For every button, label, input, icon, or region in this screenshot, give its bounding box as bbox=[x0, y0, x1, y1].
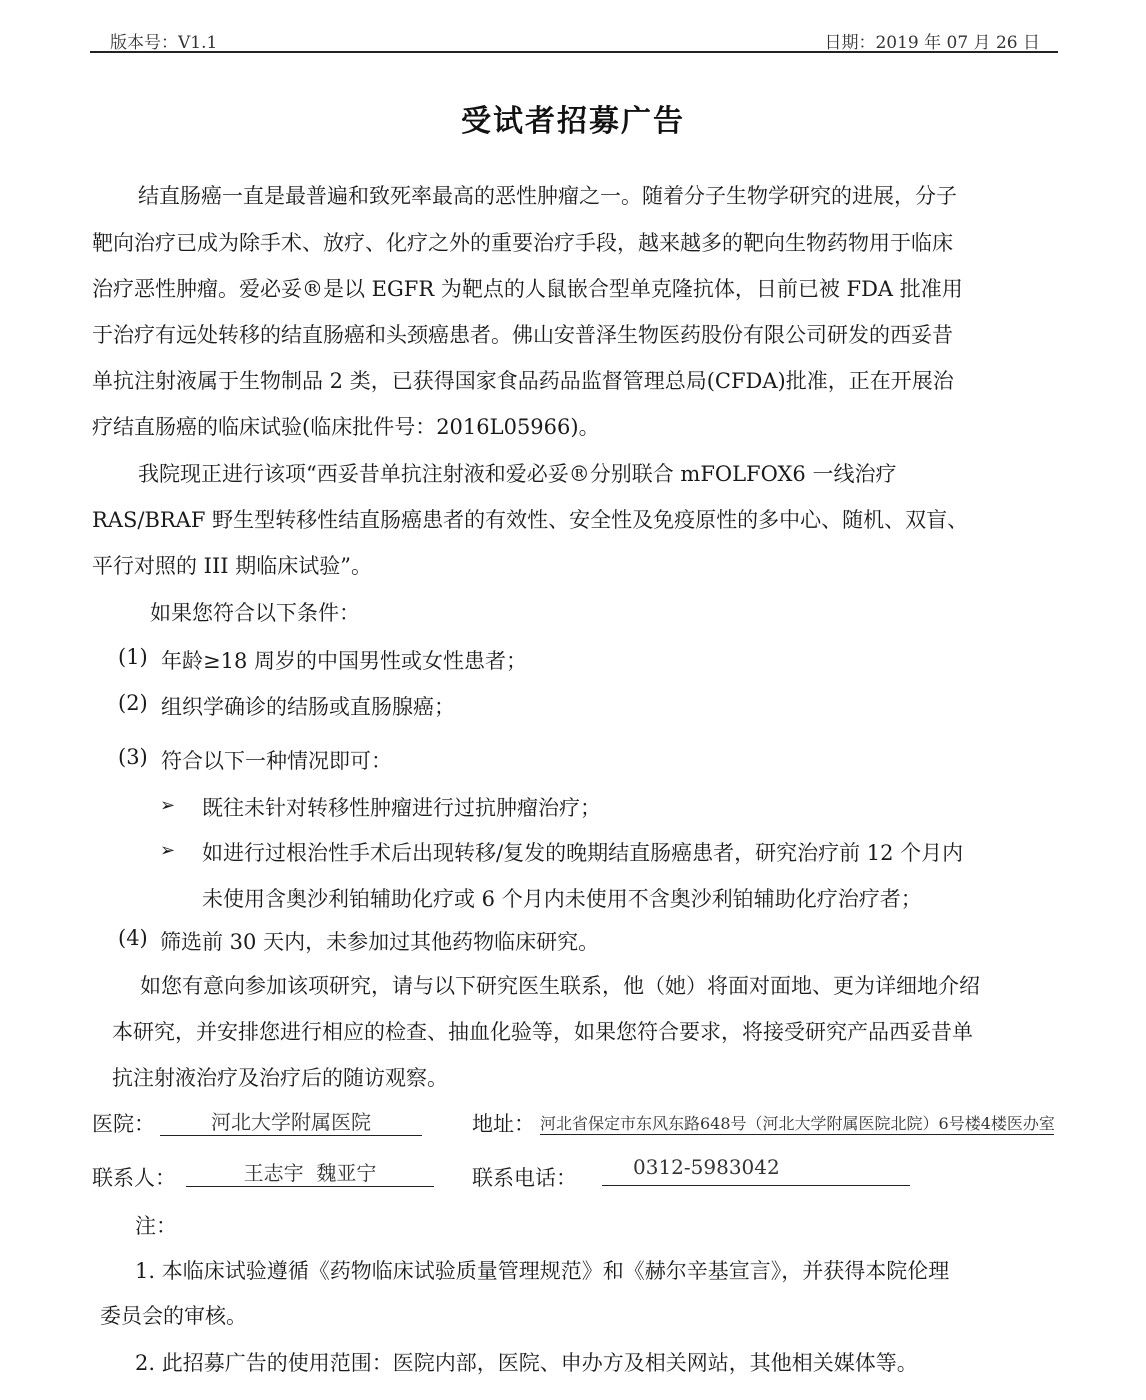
sub-condition-text: 既往未针对转移性肿瘤进行过抗肿瘤治疗； bbox=[202, 792, 601, 822]
date-label: 日期：2019 年 07 月 26 日 bbox=[824, 28, 1040, 53]
intro-line: 疗结直肠癌的临床试验(临床批件号：2016L05966)。 bbox=[92, 411, 600, 441]
hospital-value: 河北大学附属医院 bbox=[160, 1106, 422, 1136]
condition-number: (3) bbox=[118, 745, 148, 769]
intro-line: 靶向治疗已成为除手术、放疗、化疗之外的重要治疗手段，越来越多的靶向生物药物用于临… bbox=[92, 227, 953, 257]
header-divider bbox=[90, 51, 1058, 53]
contact-intro-line: 本研究，并安排您进行相应的检查、抽血化验等，如果您符合要求，将接受研究产品西妥昔… bbox=[112, 1016, 973, 1046]
study-line: 平行对照的 III 期临床试验”。 bbox=[92, 550, 372, 580]
condition-text: 符合以下一种情况即可： bbox=[161, 745, 392, 775]
sub-condition-text: 未使用含奥沙利铂辅助化疗或 6 个月内未使用不含奥沙利铂辅助化疗治疗者； bbox=[202, 883, 922, 913]
contact-person-value: 王志宇 魏亚宁 bbox=[186, 1157, 434, 1187]
sub-condition-text: 如进行过根治性手术后出现转移/复发的晚期结直肠癌患者，研究治疗前 12 个月内 bbox=[202, 837, 963, 867]
note-line: 委员会的审核。 bbox=[100, 1300, 247, 1330]
condition-number: (1) bbox=[118, 645, 148, 669]
condition-text: 筛选前 30 天内，未参加过其他药物临床研究。 bbox=[160, 926, 599, 956]
note-line: 2. 此招募广告的使用范围：医院内部，医院、申办方及相关网站，其他相关媒体等。 bbox=[135, 1347, 918, 1377]
page-title: 受试者招募广告 bbox=[0, 96, 1146, 140]
phone-label: 联系电话： bbox=[472, 1162, 577, 1192]
intro-line: 于治疗有远处转移的结直肠癌和头颈癌患者。佛山安普泽生物医药股份有限公司研发的西妥… bbox=[92, 319, 953, 349]
hospital-label: 医院： bbox=[92, 1108, 155, 1138]
conditions-intro: 如果您符合以下条件： bbox=[150, 597, 360, 627]
intro-line: 单抗注射液属于生物制品 2 类，已获得国家食品药品监督管理总局(CFDA)批准，… bbox=[92, 365, 954, 395]
notes-heading: 注： bbox=[135, 1210, 177, 1240]
address-label: 地址： bbox=[472, 1108, 535, 1138]
phone-value: 0312-5983042 bbox=[633, 1155, 780, 1179]
intro-line: 治疗恶性肿瘤。爱必妥®是以 EGFR 为靶点的人鼠嵌合型单克隆抗体，日前已被 F… bbox=[92, 273, 963, 303]
contact-person-label: 联系人： bbox=[92, 1162, 176, 1192]
phone-underline bbox=[602, 1185, 910, 1186]
arrow-bullet-icon: ➢ bbox=[160, 840, 175, 861]
contact-intro-line: 如您有意向参加该项研究，请与以下研究医生联系，他（她）将面对面地、更为详细地介绍 bbox=[140, 970, 980, 1000]
contact-intro-line: 抗注射液治疗及治疗后的随访观察。 bbox=[112, 1062, 448, 1092]
intro-line: 结直肠癌一直是最普遍和致死率最高的恶性肿瘤之一。随着分子生物学研究的进展，分子 bbox=[138, 180, 957, 210]
study-line: 我院现正进行该项“西妥昔单抗注射液和爱必妥®分别联合 mFOLFOX6 一线治疗 bbox=[138, 458, 896, 488]
condition-number: (4) bbox=[118, 926, 148, 950]
condition-text: 年龄≥18 周岁的中国男性或女性患者； bbox=[161, 645, 527, 675]
version-label: 版本号：V1.1 bbox=[110, 28, 217, 53]
address-value: 河北省保定市东风东路648号（河北大学附属医院北院）6号楼4楼医办室 bbox=[540, 1111, 1054, 1135]
note-line: 1. 本临床试验遵循《药物临床试验质量管理规范》和《赫尔辛基宣言》，并获得本院伦… bbox=[135, 1255, 949, 1285]
condition-number: (2) bbox=[118, 691, 148, 715]
condition-text: 组织学确诊的结肠或直肠腺癌； bbox=[161, 691, 455, 721]
arrow-bullet-icon: ➢ bbox=[160, 795, 175, 816]
study-line: RAS/BRAF 野生型转移性结直肠癌患者的有效性、安全性及免疫原性的多中心、随… bbox=[92, 504, 968, 534]
